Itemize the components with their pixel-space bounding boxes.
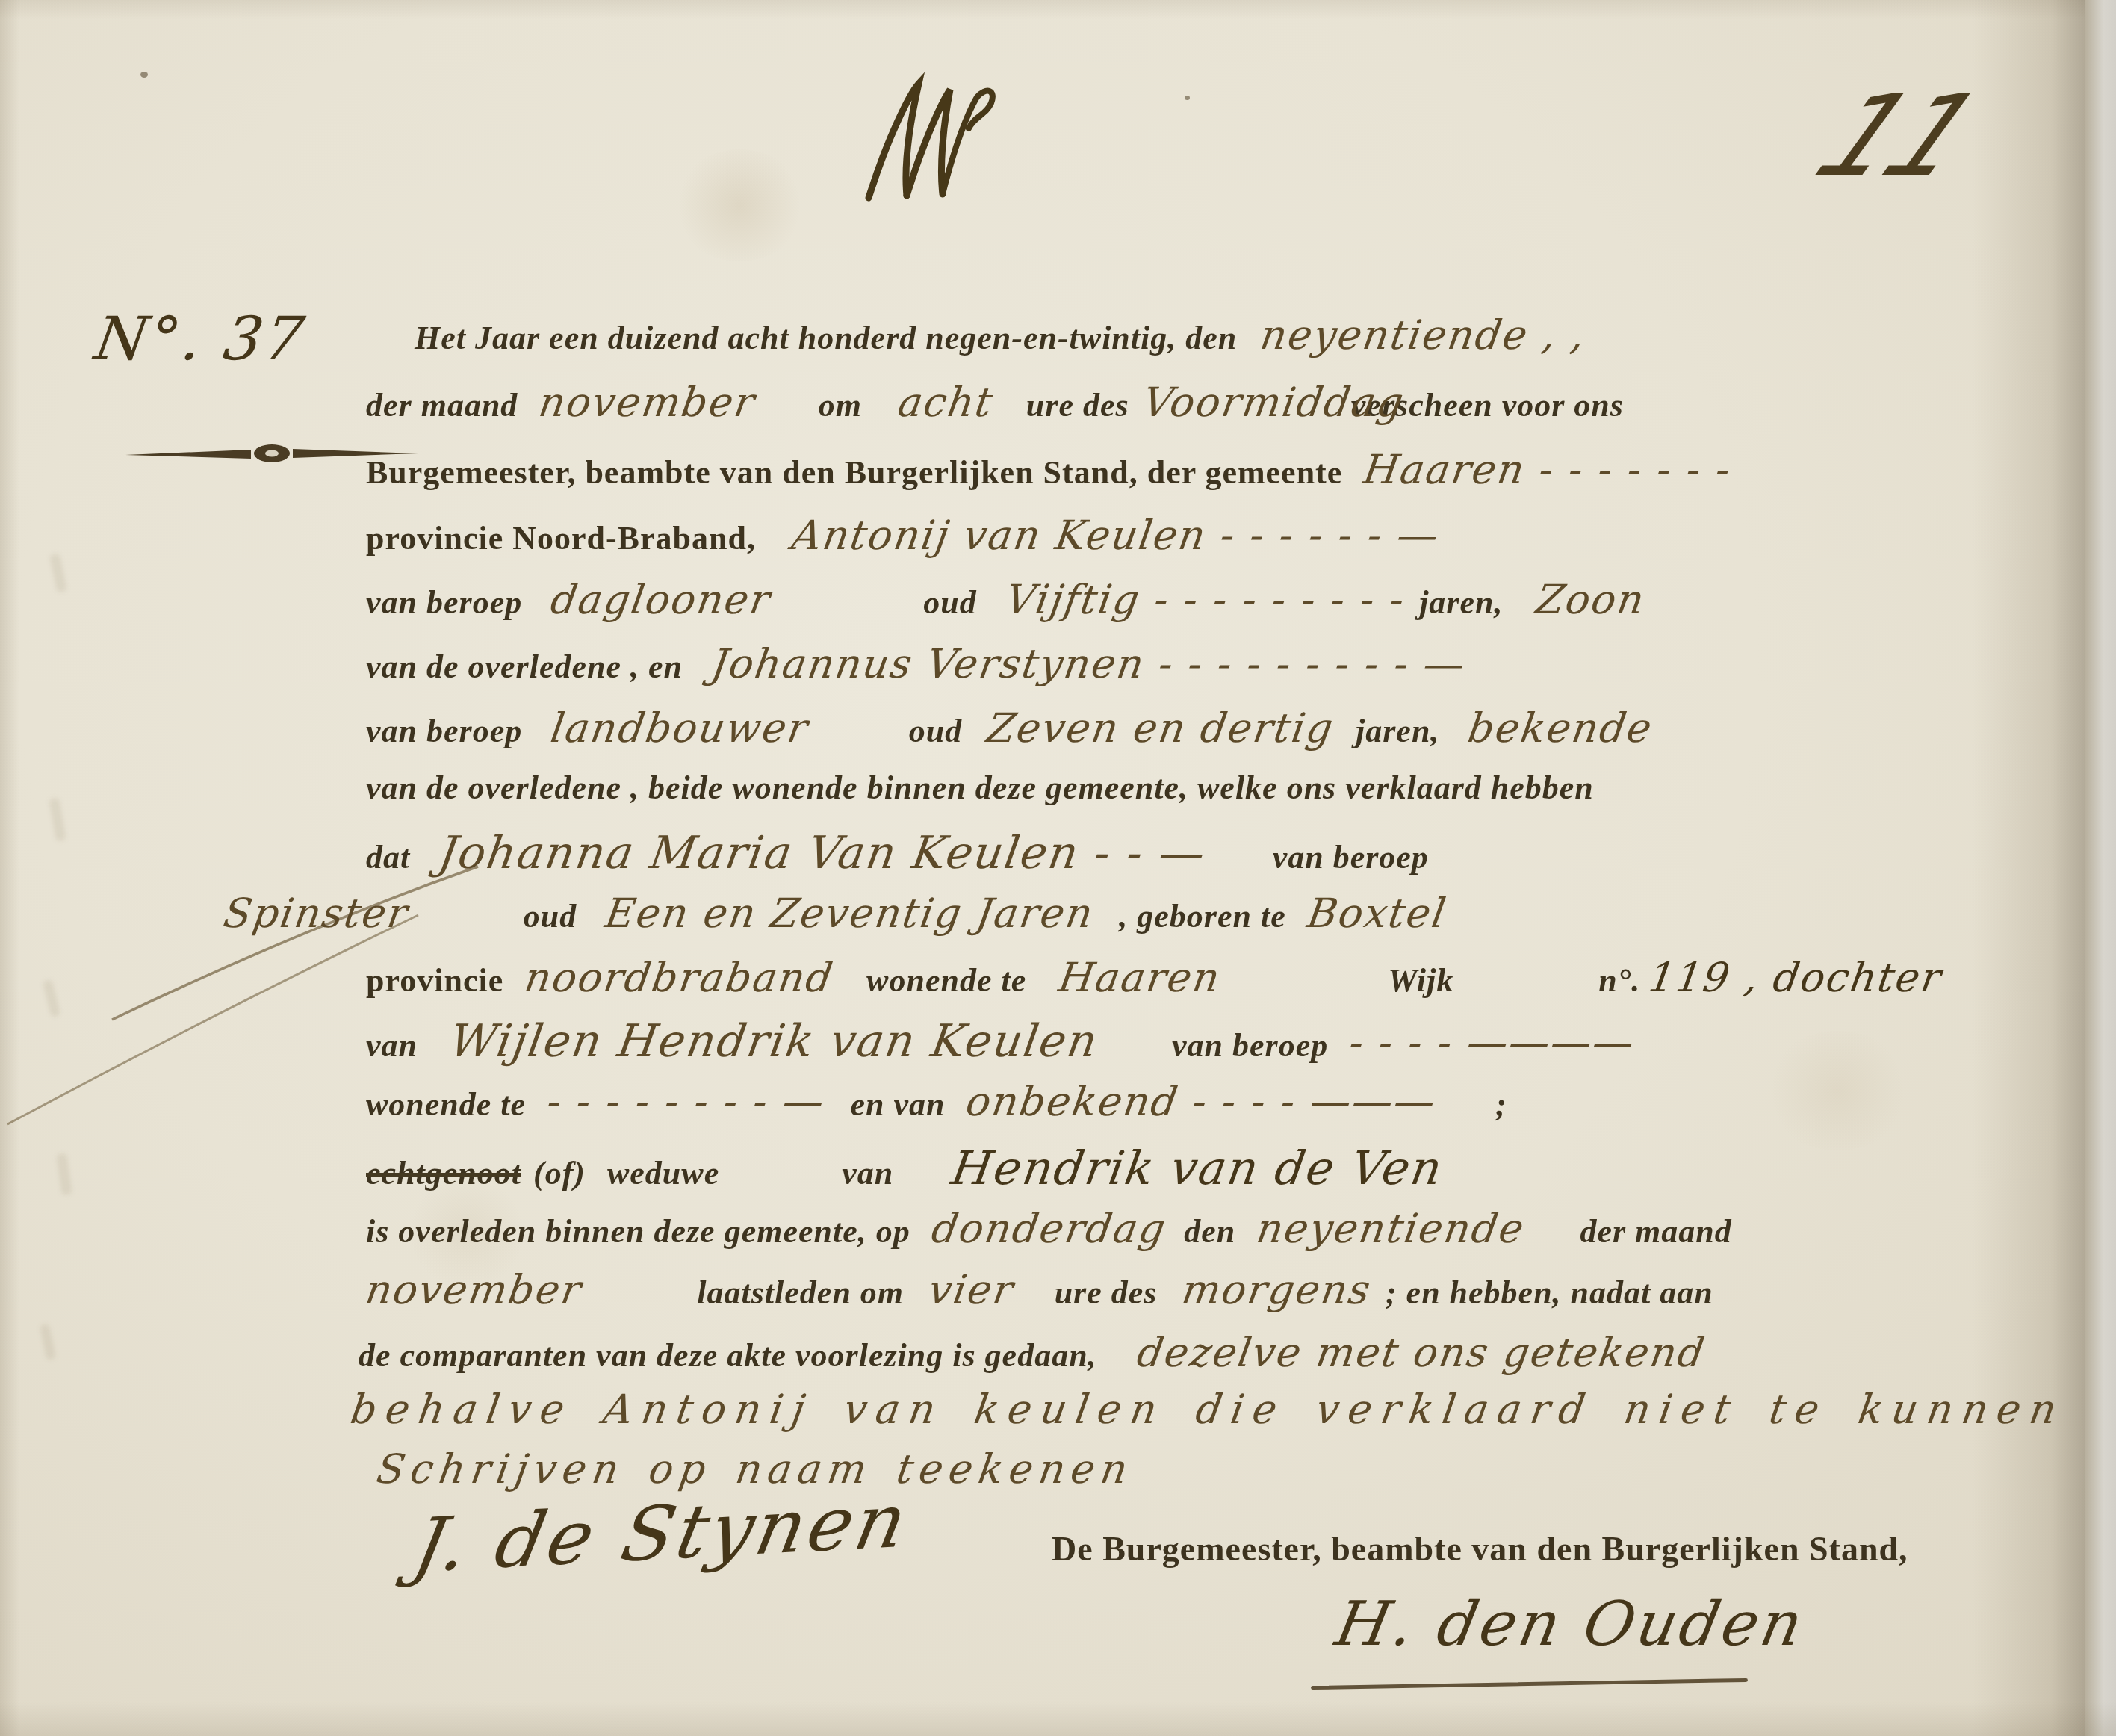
handwritten-entry: Antonij van Keulen - - - - - - — [789,512,1443,559]
page-right-edge [2085,0,2116,1736]
document-line: november laatstleden om vier ure des mor… [366,1267,1713,1313]
handwritten-entry: morgens [1179,1267,1375,1313]
document-line: is overleden binnen deze gemeente, op do… [366,1206,1732,1252]
printed-form-text: van de overledene , beide wonende binnen… [366,769,1594,806]
printed-form-text: der maand [1580,1213,1731,1250]
document-line: wonende te - - - - - - - - — en van onbe… [366,1079,1507,1125]
page-top-shadow [0,0,2116,19]
official-title: De Burgemeester, beambte van den Burgerl… [1052,1530,1908,1569]
document-line: provincie Noord-Braband, Antonij van Keu… [366,512,1439,559]
bleedthrough-mark [49,553,68,593]
signature-underline [1311,1678,1748,1690]
handwritten-entry: 119 , dochter [1645,955,1946,1001]
printed-form-text: weduwe [607,1155,719,1191]
handwritten-entry: - - - - - - - - — [544,1079,828,1125]
printed-form-text: oud [909,713,962,749]
handwritten-entry: Haaren [1055,955,1224,1001]
handwritten-entry: Zoon [1533,577,1648,623]
handwritten-entry: acht [895,379,997,426]
act-number: N°. 37 [96,305,305,373]
official-signature-text: H. den Ouden [1330,1590,1811,1660]
handwritten-entry: landbouwer [547,705,813,751]
printed-form-text: provincie Noord-Braband, [366,520,756,557]
printed-form-text: ure des [1026,387,1129,424]
printed-form-text: Wijk [1388,962,1453,999]
declarant-signature: J. de Stynen [418,1490,905,1576]
printed-form-text-struck: echtgenoot [366,1155,521,1191]
document-line: provincie noordbraband wonende te Haaren… [366,955,1942,1001]
document-line: van beroep landbouwer oud Zeven en derti… [366,705,1653,751]
printed-form-text: en van [850,1086,945,1123]
document-line: van de overledene , en Johannus Verstyne… [366,641,1465,687]
handwritten-entry: behalve Antonij van keulen die verklaard… [347,1386,2068,1433]
printed-form-text: van beroep [366,713,522,749]
printed-form-text: n°. [1598,962,1640,999]
printed-form-text: om [819,387,862,424]
handwritten-entry: Wijlen Hendrik van Keulen [447,1016,1102,1067]
printed-form-text: ; en hebben, nadat aan [1386,1274,1713,1311]
bleedthrough-mark [40,1324,57,1361]
folio-number: 11 [1830,81,1964,193]
printed-form-text: van de overledene , en [366,648,683,685]
printed-form-text: wonende te [366,1086,526,1123]
printed-form-text: van [366,1027,418,1064]
handwritten-entry: onbekend - - - - ——— [963,1079,1439,1125]
printed-form-text: van beroep [1273,839,1429,875]
document-line: de comparanten van deze akte voorlezing … [359,1330,1705,1376]
handwritten-entry: Zeven en dertig [984,705,1338,751]
printed-form-text: van [842,1155,893,1191]
handwritten-entry: - - - - ———— [1346,1020,1638,1066]
printed-form-text: ure des [1055,1274,1158,1311]
printed-form-text: jaren, [1356,713,1439,749]
printed-form-text: der maand [366,387,518,424]
paper-stain [672,149,807,261]
document-line: Spinster oud Een en Zeventig Jaren , geb… [224,890,1446,937]
printed-form-text: den [1184,1213,1235,1250]
official-signature: H. den Ouden [1337,1590,1804,1660]
handwritten-entry: donderdag [928,1206,1170,1252]
handwritten-entry: november [362,1267,586,1313]
document-line: Burgemeester, beambte van den Burgerlijk… [366,447,1731,493]
page-fold-shadow [1973,0,2085,1736]
printed-form-text: wonende te [866,962,1026,999]
printed-form-text: Burgemeester, beambte van den Burgerlijk… [366,454,1342,491]
declarant-signature-text: J. de Stynen [407,1478,916,1589]
page-bottom-shadow [0,1702,2116,1736]
handwritten-entry: november [536,379,759,426]
printed-form-text: (of) [533,1155,586,1191]
handwritten-entry: neyentiende , , [1257,312,1589,359]
printed-form-text: de comparanten van deze akte voorlezing … [359,1337,1097,1374]
handwritten-entry: vier [925,1267,1017,1313]
handwritten-entry: Voormiddag [1140,379,1408,426]
handwritten-entry: Spinster [220,890,412,937]
act-number-text: N°. 37 [90,305,311,373]
handwritten-entry: Een en Zeventig Jaren [602,890,1097,937]
paraph-mark [857,67,1014,209]
handwritten-entry: dezelve met ons getekend [1134,1330,1709,1376]
death-certificate-page: 11 N°. 37 Het Jaar een duizend acht hond… [0,0,2116,1736]
official-title-text: De Burgemeester, beambte van den Burgerl… [1052,1530,1908,1568]
printed-form-text: oud [923,584,976,621]
handwritten-entry: Haaren - - - - - - - [1360,447,1735,493]
handwritten-entry: Hendrik van de Ven [949,1141,1448,1194]
document-line: dat Johanna Maria Van Keulen - - — van b… [366,828,1429,879]
handwritten-entry: Johanna Maria Van Keulen - - — [435,828,1210,879]
paper-stain [1763,1031,1912,1150]
printed-form-text: Het Jaar een duizend acht honderd negen-… [415,320,1237,356]
document-line: behalve Antonij van keulen die verklaard… [351,1386,2064,1433]
printed-form-text: jaren, [1419,584,1503,621]
printed-form-text: , geboren te [1119,898,1285,934]
printed-form-text: laatstleden om [697,1274,904,1311]
handwritten-entry: neyentiende [1253,1206,1528,1252]
document-line: van Wijlen Hendrik van Keulen van beroep… [366,1016,1635,1067]
document-line: Het Jaar een duizend acht honderd negen-… [415,312,1586,359]
printed-form-text: dat [366,839,410,875]
handwritten-entry: Vijftig - - - - - - - - - [1002,577,1409,623]
printed-form-text: ; [1495,1086,1507,1123]
handwritten-entry: noordbraband [521,955,837,1001]
printed-form-text: provincie [366,962,503,999]
ink-speck [1185,96,1190,100]
folio-number-text: 11 [1800,81,1994,193]
document-line: van beroep daglooner oud Vijftig - - - -… [366,577,1645,623]
document-line: van de overledene , beide wonende binnen… [366,769,1594,807]
handwritten-entry: Boxtel [1304,890,1450,937]
handwritten-entry: bekende [1465,705,1656,751]
printed-form-text: van beroep [366,584,522,621]
handwritten-entry: Johannus Verstynen - - - - - - - - - — [708,641,1469,687]
bleedthrough-mark [56,1153,72,1195]
document-line: der maand november om acht ure des Voorm… [366,379,1624,426]
handwritten-entry: daglooner [547,577,775,623]
printed-form-text: van beroep [1172,1027,1328,1064]
printed-form-text: oud [524,898,577,934]
printed-form-text: is overleden binnen deze gemeente, op [366,1213,910,1250]
ink-speck [140,72,148,78]
document-line: echtgenoot (of) weduwe van Hendrik van d… [366,1141,1443,1194]
